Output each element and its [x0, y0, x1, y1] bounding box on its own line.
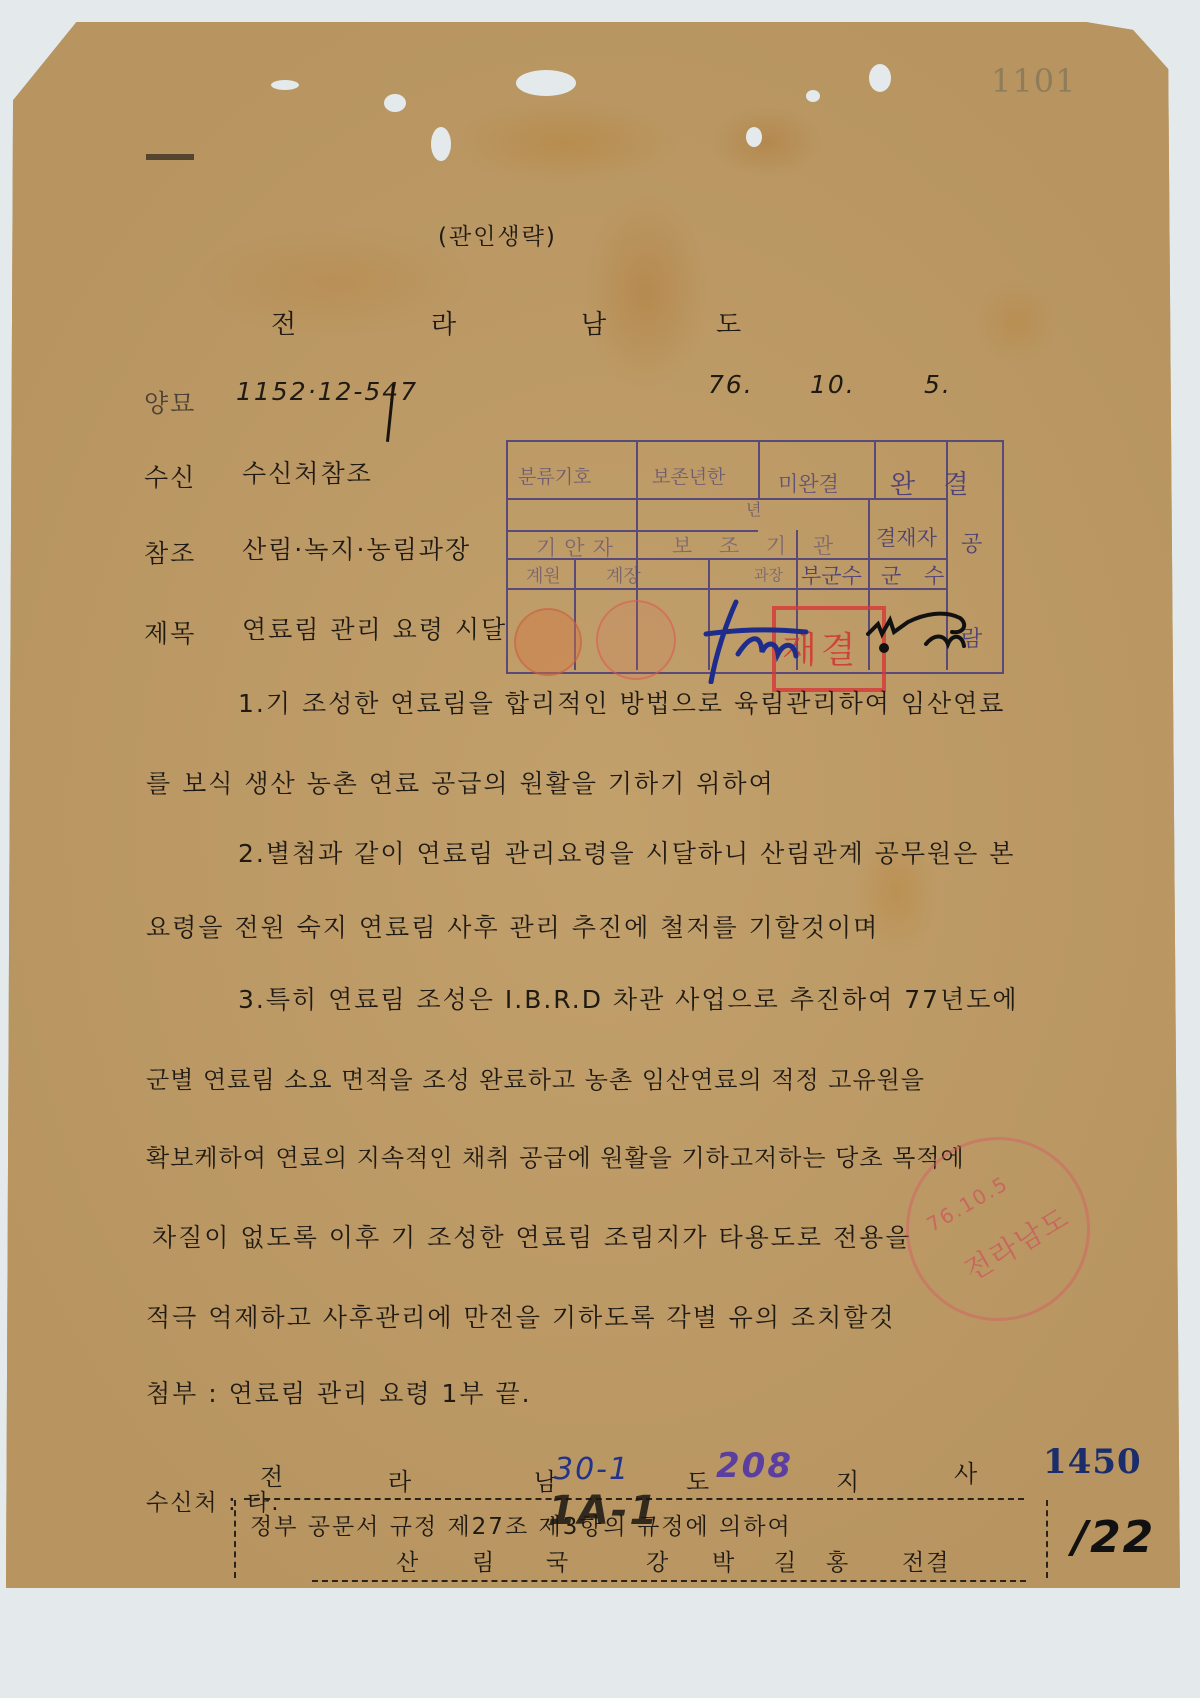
footer-dashed-side [234, 1500, 236, 1578]
stamp-cell-complete: 완 결 [890, 464, 979, 501]
body-line: 3.특히 연료림 조성은 I.B.R.D 차관 사업으로 추진하여 77년도에 [238, 980, 1019, 1016]
delegation-char: 국 [546, 1544, 570, 1577]
footer-dashed-rule [312, 1580, 1026, 1582]
personal-seal-clerk [514, 608, 582, 676]
recipient-label: 수신 [144, 458, 196, 494]
paper-hole [271, 80, 299, 90]
reference-label: 참조 [144, 534, 196, 570]
footer-issuer-char: 사 [954, 1454, 979, 1489]
stamped-number: 1450 [1043, 1442, 1142, 1482]
reference-value: 산림·녹지·농림과장 [242, 530, 471, 566]
body-line: 확보케하여 연료의 지속적인 채취 공급에 원활을 기하고저하는 당초 목적에 [146, 1138, 965, 1173]
stamp-cell-retention: 보존년한 [652, 462, 725, 489]
body-line: 1.기 조성한 연료림을 합리적인 방법으로 육림관리하여 임산연료 [238, 684, 1005, 720]
stamp-cell-assistant-office: 보 조 기 관 [672, 530, 843, 560]
paper-hole [806, 90, 820, 102]
page-mark: /22 [1072, 1512, 1155, 1563]
seal-omitted-note: (관인생략) [438, 218, 557, 251]
delegation-char: 홍 [826, 1544, 850, 1577]
delegation-char: 길 [774, 1544, 798, 1577]
top-mark-number: 1101 [991, 62, 1076, 100]
handwritten-number: 208 [716, 1446, 793, 1486]
delegation-char: 강 [646, 1544, 670, 1577]
stamp-cell-incomplete: 미완결 [778, 468, 839, 498]
delegation-char: 산 [396, 1544, 420, 1577]
stamp-cell-drafter: 기안자 [536, 532, 621, 562]
stamp-cell-classification: 분류기호 [518, 462, 591, 489]
paper-hole [746, 127, 762, 147]
paper-hole [869, 64, 891, 92]
stamp-cell-approver: 결재자 [876, 522, 937, 552]
body-line: 적극 억제하고 사후관리에 만전을 기하도록 각별 유의 조치할것 [146, 1298, 896, 1334]
delegation-char: 전결 [902, 1544, 950, 1577]
date-day: 5. [924, 370, 952, 399]
stamp-side-label-top: 공 [961, 527, 982, 558]
date-month: 10. [810, 370, 856, 399]
paper-hole [384, 94, 406, 112]
body-line: 를 보식 생산 농촌 연료 공급의 원활을 기하기 위하여 [146, 764, 775, 800]
issuer-char: 라 [431, 304, 458, 341]
ink-mark [146, 154, 194, 160]
subject-value: 연료림 관리 요령 시달 [242, 610, 507, 646]
body-line: 군별 연료림 소요 면적을 조성 완료하고 농촌 임산연료의 적정 고유원을 [146, 1060, 925, 1095]
signature-black [864, 604, 974, 664]
signature-blue [696, 594, 826, 684]
paper-hole [431, 127, 451, 161]
stamp-cell-section-head: 과장 [754, 564, 783, 585]
subject-label: 제목 [144, 614, 196, 650]
stamp-cell-retention-unit: 년 [746, 497, 761, 520]
stamp-cell-chief: 계장 [606, 562, 641, 588]
issuer-char: 남 [581, 304, 608, 341]
footer-issuer-char: 라 [388, 1462, 413, 1497]
footer-issuer-char: 전 [260, 1457, 285, 1492]
handwritten-number: 30-1 [554, 1452, 630, 1487]
recipient-value: 수신처참조 [242, 454, 373, 490]
handwritten-overwrite: 1A-1 [548, 1488, 659, 1534]
receipt-stamp-date: 76.10.5 [922, 1171, 1012, 1237]
stamp-cell-governor: 군 수 [881, 560, 952, 590]
stamp-cell-vice-governor: 부군수 [801, 560, 862, 590]
footer-issuer-char: 지 [836, 1462, 861, 1497]
regulation-note: 정부 공문서 규정 제27조 제3항의 규정에 의하여 [250, 1508, 792, 1541]
issuer-char: 도 [716, 304, 743, 341]
date-year: 76. [708, 370, 754, 399]
delegation-char: 림 [472, 1544, 496, 1577]
body-line: 차질이 없도록 이후 기 조성한 연료림 조림지가 타용도로 전용을 [152, 1218, 911, 1254]
paper-hole [516, 70, 576, 96]
attachment-line: 첨부 : 연료림 관리 요령 1부 끝. [146, 1374, 532, 1410]
footer-dashed-side [1046, 1500, 1048, 1578]
body-line: 요령을 전원 숙지 연료림 사후 관리 추진에 철저를 기할것이며 [146, 908, 879, 944]
issuer-char: 전 [271, 304, 298, 341]
body-line: 2.별첨과 같이 연료림 관리요령을 시달하니 산림관계 공무원은 본 [238, 834, 1015, 870]
stamp-cell-clerk: 계원 [526, 562, 561, 588]
footer-issuer-char: 도 [686, 1462, 711, 1497]
number-label: 양묘 [144, 384, 196, 420]
personal-seal-chief [596, 600, 676, 680]
delegation-char: 박 [712, 1544, 736, 1577]
document-paper: 1101 (관인생략) 전 라 남 도 양묘 1152·12-547 76. 1… [6, 22, 1180, 1588]
